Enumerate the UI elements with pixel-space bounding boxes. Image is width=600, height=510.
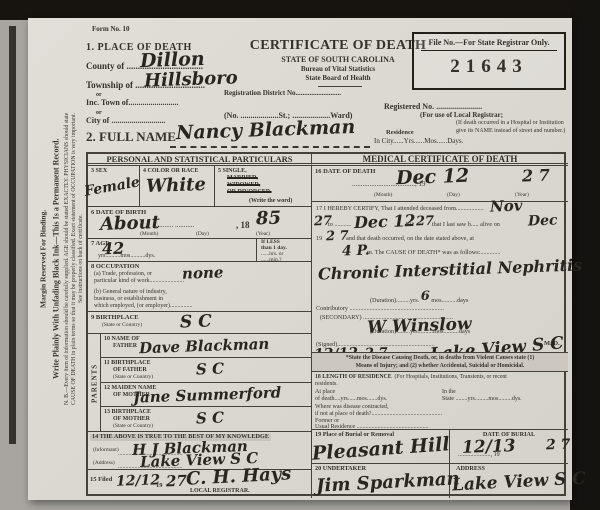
father-birthplace-row: 11 BIRTHPLACE OF FATHER (State or Countr… [101, 358, 312, 383]
father-label-1: 10 NAME OF [104, 336, 140, 343]
contributory-line: Contributory ...........................… [316, 306, 444, 313]
race-value-handwriting: White [146, 176, 206, 196]
contracted-line1: Where was disease contracted, [315, 404, 389, 411]
residents-word: residents. [315, 381, 338, 388]
dod-month-caption: (Month) [374, 192, 392, 198]
at-place-word: At place [315, 389, 335, 396]
lastsaw-handwriting: Dec [528, 213, 558, 228]
footnote-line2: Means of Injury; and (2) whether Acciden… [312, 363, 568, 369]
undertaker-address-label: ADDRESS [456, 466, 485, 473]
occupation-b2: business, or establishment in [94, 296, 163, 303]
occupation-value-handwriting: none [182, 265, 224, 281]
attended-from-handwriting: Nov [490, 198, 523, 214]
sex-label: 3 SEX [91, 168, 107, 175]
mother-bp-label-1: 13 BIRTHPLACE [104, 409, 151, 416]
margin-note-binding: Margin Reserved For Binding. [38, 28, 48, 490]
header-rule [318, 86, 362, 87]
birthplace-subcaption: (State or Country) [102, 322, 142, 328]
file-number-value: 21643 [414, 56, 564, 78]
age-cell: 7 AGE 42 yrs..........mos..........dys. … [88, 239, 312, 262]
certificate-paper: Margin Reserved For Binding. Write Plain… [28, 18, 572, 500]
mother-name-handwriting: Jane Summerford [133, 385, 282, 405]
occupation-b1: (b) General nature of industry, [94, 289, 167, 296]
time-of-death-handwriting: 4 P. [342, 244, 370, 259]
father-name-row: 10 NAME OF FATHER Dave Blackman [101, 334, 312, 358]
scanner-background-top [0, 0, 600, 20]
marital-hint: (Write the word) [249, 198, 292, 205]
full-name-label: 2. FULL NAME [86, 130, 176, 145]
dob-month-caption: (Month) [140, 231, 158, 237]
mother-bp-label-2: OF MOTHER [113, 416, 150, 423]
registrar-signature-handwriting: C. H. Hays [186, 465, 292, 488]
filed-year-printed: 19 [156, 482, 163, 489]
mother-name-row: 12 MAIDEN NAME OF MOTHER Jane Summerford [101, 383, 312, 407]
duration1-months-handwriting: 6 [421, 290, 430, 305]
father-bp-subcaption: (State or Country) [113, 374, 153, 380]
parents-strip: PARENTS [88, 334, 101, 432]
date-of-death-cell: 16 DATE OF DEATH .......................… [312, 166, 568, 202]
age-units: yrs..........mos..........dys. [98, 253, 155, 260]
burial-row: 19 Place of Burial or Removal Pleasant H… [312, 430, 568, 464]
father-name-handwriting: Dave Blackman [139, 337, 270, 357]
occupation-label: 8 OCCUPATION [91, 263, 139, 270]
parents-vertical-label: PARENTS [88, 334, 101, 432]
sex-cell: 3 SEX Female [88, 166, 140, 207]
dod-year-handwriting: 2 7 [522, 168, 550, 185]
marital-married: MARRIED, [227, 175, 258, 182]
state-units-line: State ........yrs.........mos.........dy… [442, 396, 522, 403]
full-name-underline [170, 146, 370, 148]
birthplace-label: 9 BIRTHPLACE [91, 314, 139, 321]
occupation-a1: (a) Trade, profession, or [94, 271, 152, 278]
certify-comma19: , 19 [402, 222, 411, 229]
of-death-line: of death....yrs......mos.......dys. [315, 396, 387, 403]
burial-place-handwriting: Pleasant Hill [312, 435, 451, 464]
residence-label-rest: (For Hospitals, Institutions, Transients… [395, 374, 507, 380]
mother-bp-subcaption: (State or Country) [113, 423, 153, 429]
father-bp-label-2: OF FATHER [113, 367, 147, 374]
age-less-subcell: If LESS than 1 day. ......hrs. or ......… [256, 239, 312, 262]
residence-label-bold: 18 LENGTH OF RESIDENCE [315, 374, 392, 380]
form-number: Form No. 10 [92, 26, 130, 34]
undertaker-label: 20 UNDERTAKER [315, 466, 366, 473]
father-label-2: FATHER [113, 343, 137, 350]
marital-divorced: OR DIVORCED. [227, 189, 272, 196]
file-box-title: File No.—For State Registrar Only. [421, 38, 557, 51]
local-registrar-use-note: (For use of Local Registrar; [420, 112, 503, 120]
birthplace-cell: 9 BIRTHPLACE (State or Country) S C [88, 312, 312, 334]
father-bp-label-1: 11 BIRTHPLACE [104, 360, 151, 367]
race-cell: 4 COLOR OR RACE White [140, 166, 215, 207]
dod-label: 16 DATE OF DEATH [315, 168, 375, 175]
filed-cell: 15 Filed 12/12 19 27 C. H. Hays LOCAL RE… [88, 470, 312, 498]
informant-tag: (Informant) [93, 447, 119, 453]
birthplace-value-handwriting: S C [180, 313, 212, 331]
burial-date-dots: ....................., 19 [458, 452, 500, 459]
cause-of-death-label: m. The CAUSE OF DEATH* was as follows:..… [367, 250, 500, 257]
physician-signature-handwriting: W Winslow [367, 316, 472, 337]
marital-status-cell: 5 SINGLE, MARRIED, WIDOWED, OR DIVORCED.… [215, 166, 312, 207]
dob-day-caption: (Day) [196, 231, 209, 237]
sex-value-handwriting: Female [83, 175, 141, 199]
local-registrar-label: LOCAL REGISTRAR. [190, 488, 250, 495]
marital-single: 5 SINGLE, [218, 168, 247, 175]
certification-cell: 17 I HEREBY CERTIFY, That I attended dec… [312, 202, 568, 352]
residence-word: Residence [386, 129, 414, 136]
mother-birthplace-row: 13 BIRTHPLACE OF MOTHER (State or Countr… [101, 407, 312, 432]
scanned-death-certificate: Margin Reserved For Binding. Write Plain… [0, 0, 600, 510]
mother-bp-handwriting: S C [196, 411, 225, 427]
dod-day-caption: (Day) [447, 192, 460, 198]
informant-address-tag: (Address) [93, 460, 115, 466]
dob-year-handwriting: 85 [256, 210, 282, 229]
duration1-prefix: (Duration).........yrs. [370, 297, 419, 304]
full-name-handwriting: Nancy Blackman [176, 118, 356, 143]
undertaker-address-handwriting: Lake View S C [452, 471, 587, 495]
margin-note-permanent-record: Write Plainly With Unfading Black Ink—Th… [51, 28, 61, 490]
burial-date-cell: DATE OF BURIAL 12/13 ...................… [450, 430, 568, 464]
footnote-line1: *State the Disease Causing Death, or, in… [312, 355, 568, 361]
margin-note-nb-3: See instructions on back of certificate. [77, 48, 85, 470]
filed-label: 15 Filed [90, 476, 112, 483]
form-table: PERSONAL AND STATISTICAL PARTICULARS 3 S… [86, 152, 566, 496]
contracted-line2: if not at place of death?...............… [315, 411, 442, 418]
father-bp-handwriting: S C [196, 362, 225, 378]
inc-town-line: Inc. Town of......................... [86, 99, 178, 108]
occupation-cell: 8 OCCUPATION (a) Trade, profession, or p… [88, 262, 312, 312]
date-of-birth-cell: 6 DATE OF BIRTH About ........... ......… [88, 207, 312, 239]
personal-section-title: PERSONAL AND STATISTICAL PARTICULARS [88, 154, 312, 166]
duration1-suffix: mos..........days [431, 297, 468, 304]
undertaker-handwriting: Jim Sparkman [316, 470, 460, 495]
burial-place-cell: 19 Place of Burial or Removal Pleasant H… [312, 430, 450, 464]
registration-district-line: Registration District No................… [224, 90, 341, 98]
footnote-cell: *State the Disease Causing Death, or, in… [312, 352, 568, 372]
file-number-box: File No.—For State Registrar Only. 21643 [412, 32, 566, 90]
certify-19-printed: 19 [316, 236, 322, 243]
undertaker-address-cell: ADDRESS Lake View S C [450, 464, 568, 498]
residence-line: In City......Yrs......Mos......Days. [374, 138, 463, 146]
dob-dots: ........... ........... [154, 222, 194, 230]
filed-year-handwriting: 27 [166, 474, 187, 490]
length-of-residence-cell: 18 LENGTH OF RESIDENCE (For Hospitals, I… [312, 372, 568, 430]
dod-value-handwriting: Dec 12 [396, 167, 470, 189]
undertaker-cell: 20 UNDERTAKER Jim Sparkman [312, 464, 450, 498]
filed-date-handwriting: 12/12 [116, 473, 161, 489]
binding-shadow [9, 26, 16, 444]
hospital-note: (If death occurred in a Hospital or Inst… [456, 120, 566, 136]
certify-lastsaw: that I last saw h..... alive on [432, 222, 500, 229]
occupation-a2: particular kind of work.................… [94, 278, 184, 285]
in-the-word: In the [442, 389, 456, 396]
occupation-b3: which employed, (or employer)...........… [94, 303, 192, 310]
marital-widowed: WIDOWED, [227, 182, 260, 189]
city-line: City of ........................... [86, 117, 165, 126]
dob-year-caption: (Year) [256, 231, 270, 237]
dob-century-printed: , 18 [236, 220, 250, 230]
cause-of-death-handwriting: Chronic Interstitial Nephritis [318, 257, 583, 282]
burial-year-handwriting: 2 7 [546, 438, 571, 453]
undertaker-row: 20 UNDERTAKER Jim Sparkman ADDRESS Lake … [312, 464, 568, 498]
medical-section-title: MEDICAL CERTIFICATE OF DEATH [312, 154, 568, 166]
parents-block: PARENTS 10 NAME OF FATHER Dave Blackman … [88, 334, 312, 432]
